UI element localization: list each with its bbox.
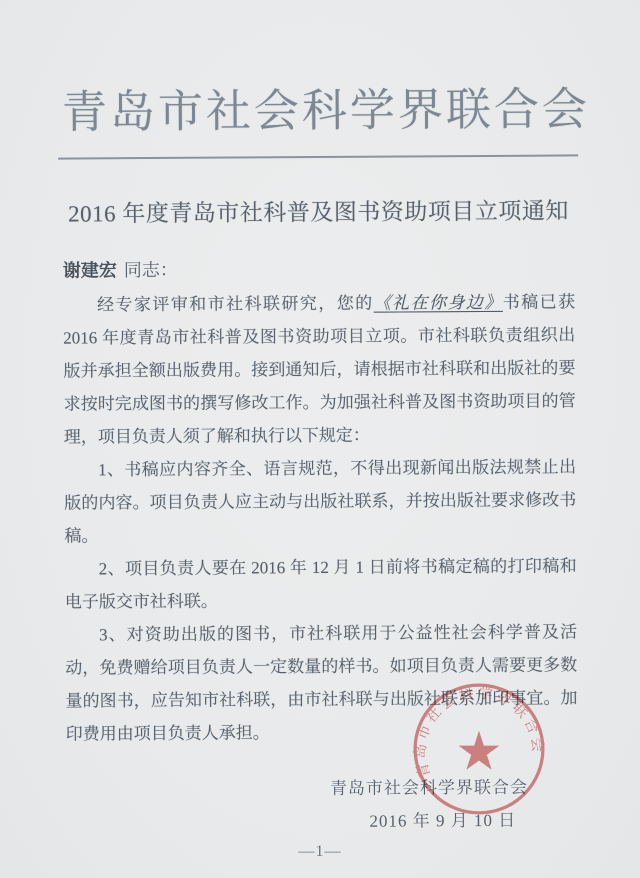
salutation-suffix: 同志： [124, 260, 178, 280]
seal-star-icon [459, 731, 500, 770]
scanned-document-page: 青岛市社会科学界联合会 2016 年度青岛市社科普及图书资助项目立项通知 谢建宏… [0, 0, 640, 878]
document-title: 2016 年度青岛市社科普及图书资助项目立项通知 [62, 192, 574, 228]
rule-item-2: 2、项目负责人要在 2016 年 12 月 1 日前将书稿定稿的打印稿和电子版交… [65, 549, 577, 618]
book-title: 《礼在你身边》 [374, 293, 503, 313]
page-number: —1— [0, 843, 640, 861]
intro-paragraph: 经专家评审和市社科联研究，您的《礼在你身边》书稿已获 2016 年度青岛市社科普… [63, 285, 576, 453]
intro-text-before: 经专家评审和市社科联研究，您的 [97, 294, 374, 315]
letterhead-divider [58, 154, 578, 159]
official-seal: 青岛市社会科学界联合会 [408, 678, 550, 820]
intro-text-after: 书稿已获 2016 年度青岛市社科普及图书资助项目立项。市社科联负责组织出版并承… [63, 292, 576, 446]
salutation-line: 谢建宏同志： [63, 254, 575, 283]
letterhead-title: 青岛市社会科学界联合会 [62, 72, 574, 140]
recipient-name: 谢建宏 [63, 260, 117, 280]
rule-item-1: 1、书稿应内容齐全、语言规范，不得出现新闻出版法规禁止出版的内容。项目负责人应主… [64, 450, 577, 552]
